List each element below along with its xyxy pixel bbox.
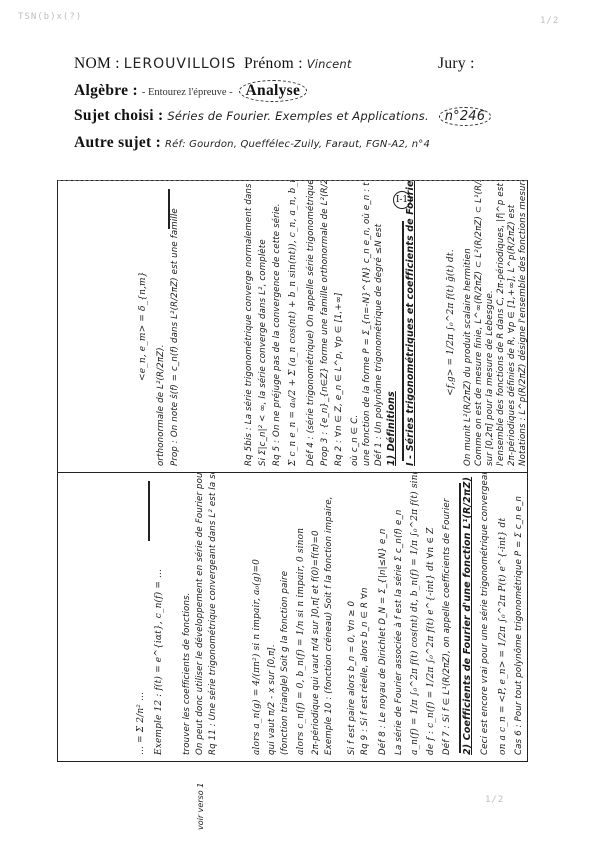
text-line: Comme on est de mesure finie, L^∞(R/2πZ)… xyxy=(474,181,484,466)
epreuve-hint: - Entourez l'épreuve - xyxy=(142,87,233,98)
jury-row: Jury : xyxy=(438,55,475,73)
text-line: trouver les coefficients de fonctions. xyxy=(182,592,192,755)
sujet-value: Séries de Fourier. Exemples et Applicati… xyxy=(167,109,428,123)
text-line: l'ensemble des fonctions de R dans C, 2π… xyxy=(496,181,506,466)
bottom-half: Cas 6 : Pour tout polynôme trigonométriq… xyxy=(58,473,527,761)
corner-mark-bottom-right: 1/2 xyxy=(485,795,504,805)
text-line: Déf 1 : Un polynôme trigonométrique de d… xyxy=(374,224,384,466)
autre-label: Autre sujet : xyxy=(74,134,161,151)
corner-mark-top-left: TSN(b)x(?) xyxy=(18,12,82,22)
prenom-row: Prénom : Vincent xyxy=(244,55,352,73)
text-line: qui vaut π/2 - x sur [0,π]. xyxy=(267,644,277,755)
epreuve-label: Algèbre : xyxy=(74,82,138,99)
text-line: On peut donc utiliser le développement e… xyxy=(195,473,205,755)
text-line: Rq 11 : Une série trigonométrique conver… xyxy=(208,473,218,755)
text-line: Rq 2 : ∀n ∈ Z, e_n ∈ L^p, ∀p ∈ [1,+∞] xyxy=(334,292,344,466)
text-line: Prop 3 : {e_n}_{n∈Z} forme une famille o… xyxy=(320,181,330,466)
epreuve-row: Algèbre : - Entourez l'épreuve - Analyse xyxy=(74,80,307,102)
nom-row: NOM : LEROUVILLOIS xyxy=(74,55,236,73)
text-line: orthonormale de L²(R/2πZ). xyxy=(156,344,166,466)
subsection-title: 2) Coefficients de Fourier d'une fonctio… xyxy=(462,477,473,755)
formula-line: on a c_n = <P, e_n> = 1/2π ∫₀^2π P(t) e^… xyxy=(498,518,508,755)
text-line: 2π-périodique qui vaut π/4 sur ]0,π[ et … xyxy=(311,530,321,755)
top-half: Notations : L^p(R/2πZ) désigne l'ensembl… xyxy=(58,181,527,472)
sujet-label: Sujet choisi : xyxy=(74,107,163,124)
formula-line: de f : c_n(f) = 1/2π ∫₀^2π f(t) e^{-int}… xyxy=(426,527,436,755)
formula-line: <e_n, e_m> = δ_{n,m} xyxy=(138,271,148,381)
text-line: Déf 7 : Si f ∈ L¹(R/2πZ), on appelle coe… xyxy=(442,498,452,755)
continued-note: voir verso 1 xyxy=(196,783,205,830)
text-line: Ceci est encore vrai pour une série trig… xyxy=(480,473,490,755)
text-line: Si f est paire alors b_n = 0, ∀n ≥ 0 xyxy=(347,601,357,755)
subsection-title: 1) Définitions xyxy=(386,391,397,466)
text-line: sur [0,2π] pour la mesure de Lebesgue. xyxy=(485,290,495,466)
text-line: La série de Fourier associée à f est la … xyxy=(394,509,404,755)
corner-mark-top-right: 1/2 xyxy=(540,16,559,26)
text-line: On munit L²(R/2πZ) du produit scalaire h… xyxy=(463,248,473,466)
text-line: une fonction de la forme P = Σ_{n=-N}^{N… xyxy=(362,181,372,466)
text-line: Déf 8 : Le noyau de Dirichlet D_N = Σ_{|… xyxy=(378,528,388,755)
text-line: Notations : L^p(R/2πZ) désigne l'ensembl… xyxy=(518,181,527,466)
title-underline-bar xyxy=(459,483,461,753)
formula-line: <f,g> = 1/2π ∫₀^2π f(t) ḡ(t) dt. xyxy=(446,249,456,396)
answer-box: Notations : L^p(R/2πZ) désigne l'ensembl… xyxy=(57,180,528,762)
nom-value: LEROUVILLOIS xyxy=(124,56,236,72)
jury-label: Jury : xyxy=(438,55,475,72)
formula-line: Σ c_n e_n = a₀/2 + Σ (a_n cos(nt) + b_n … xyxy=(288,181,298,466)
formula-line: Exemple 12 : f(t) = e^{iαt}, c_n(f) = ..… xyxy=(154,569,164,755)
text-line: Prop : On note ŝ(f) = c_n(f) dans L²(R/2… xyxy=(170,208,180,466)
autre-value: Réf: Gourdon, Queffélec-Zuily, Faraut, F… xyxy=(165,139,430,150)
formula-line: a_n(f) = 1/π ∫₀^2π f(t) cos(nt) dt, b_n(… xyxy=(410,473,420,755)
text-line: Exemple 10 : (fonction créneau) Soit f l… xyxy=(324,496,334,755)
sujet-number-circled: n°246 xyxy=(439,107,492,126)
formula-line: alors c_n(f) = 0, b_n(f) = 1/n si n impa… xyxy=(296,528,306,755)
nom-label: NOM : xyxy=(74,55,120,72)
text-line: Rq 5 : On ne préjuge pas de la convergen… xyxy=(272,203,282,466)
section-title: I - Séries trigonométriques et coefficie… xyxy=(405,181,416,466)
text-line: Rq 9 : Si f est réelle, alors b_n ∈ R ∀n xyxy=(360,587,370,755)
text-line: Si Σ|c_n|² < ∞, la série converge dans L… xyxy=(258,239,268,466)
prenom-label: Prénom : xyxy=(244,55,303,72)
prenom-value: Vincent xyxy=(307,57,352,71)
formula-line: alors a_n(g) = 4/(πn²) si n impair, a₀(g… xyxy=(252,559,262,755)
text-line: Rq 5bis : La série trigonométrique conve… xyxy=(244,181,254,466)
formula-line: ... = Σ 2/n² ... xyxy=(136,692,146,755)
epreuve-selected-circled: Analyse xyxy=(239,80,308,102)
autre-row: Autre sujet : Réf: Gourdon, Queffélec-Zu… xyxy=(74,134,430,152)
text-line: Cas 6 : Pour tout polynôme trigonométriq… xyxy=(514,496,524,755)
text-line: (fonction triangle) Soit g la fonction p… xyxy=(280,571,290,755)
text-line: où c_n ∈ C. xyxy=(350,415,360,466)
text-line: Déf 4 : (série trigonométrique) On appel… xyxy=(306,181,316,466)
title-underline-bar xyxy=(402,221,404,461)
example-marker-bar xyxy=(148,481,150,541)
sujet-row: Sujet choisi : Séries de Fourier. Exempl… xyxy=(74,107,491,126)
text-line: 2π-périodiques définies de R, ∀p ∈ [1,+∞… xyxy=(507,205,517,466)
